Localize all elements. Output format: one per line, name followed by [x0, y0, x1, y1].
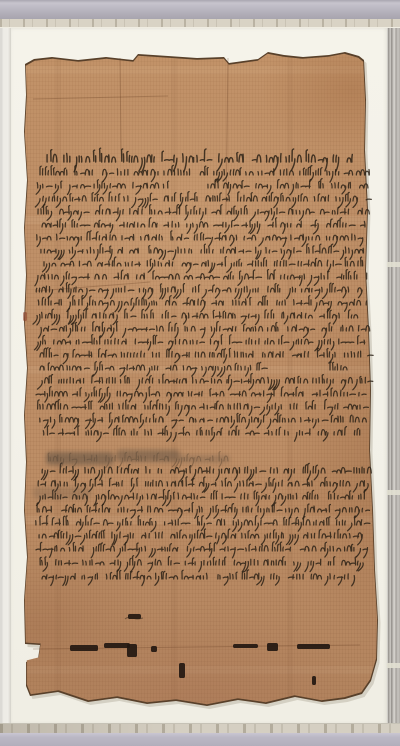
text-line — [47, 148, 352, 172]
text-line — [36, 179, 368, 195]
ink-smudge — [46, 452, 114, 465]
text-line — [40, 413, 367, 429]
papyrus-crease — [226, 58, 228, 215]
text-line — [37, 503, 369, 519]
frame-top-edge-strip — [0, 19, 400, 28]
damage-slit — [312, 676, 316, 685]
text-line — [38, 205, 369, 221]
text-line — [39, 529, 362, 545]
text-line — [38, 400, 369, 416]
red-mark — [23, 312, 27, 321]
text-line — [33, 309, 358, 325]
damage-slit — [233, 644, 258, 648]
text-line — [41, 463, 371, 480]
damage-slit — [104, 643, 130, 648]
damage-slit — [297, 644, 330, 649]
text-line — [36, 542, 368, 558]
ink-smudge — [33, 487, 91, 499]
text-line — [40, 165, 369, 182]
damage-slit — [70, 645, 98, 651]
frame-bottom-band — [0, 733, 400, 746]
text-line — [36, 387, 366, 403]
papyrus-crease — [33, 96, 168, 99]
text-line — [40, 362, 347, 377]
papyrus-crease — [120, 58, 121, 150]
ink-smudge — [116, 450, 180, 462]
text-line — [36, 283, 362, 299]
manuscript-ink-layer — [0, 0, 400, 746]
text-line — [43, 257, 363, 273]
text-line — [35, 335, 365, 351]
damage-slit — [127, 644, 137, 657]
damage-slit — [151, 646, 157, 652]
text-line — [40, 348, 373, 364]
text-line — [38, 374, 373, 390]
framed-papyrus-photo — [0, 0, 400, 746]
text-line — [40, 556, 363, 572]
text-line — [35, 270, 367, 286]
ink-smudge — [178, 455, 230, 463]
damage-slit — [179, 663, 185, 678]
text-line — [42, 570, 355, 586]
text-line — [41, 244, 364, 260]
damage-slit — [267, 643, 278, 651]
text-line — [39, 322, 370, 338]
text-line — [35, 192, 371, 208]
frame-top-band — [0, 0, 400, 19]
